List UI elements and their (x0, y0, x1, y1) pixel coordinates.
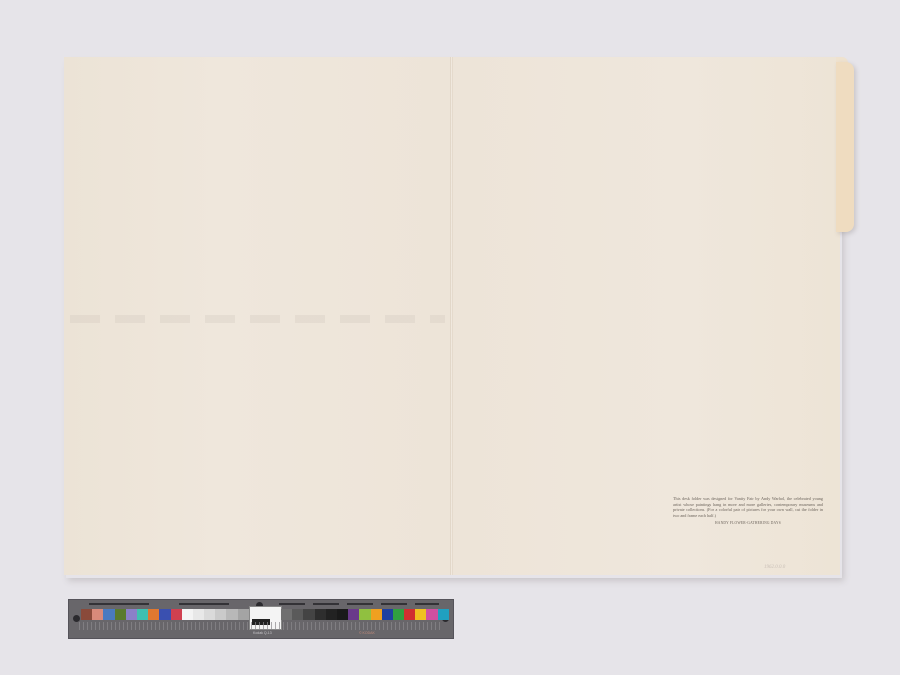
color-swatch (303, 609, 314, 620)
color-swatch (115, 609, 126, 620)
color-swatch (137, 609, 148, 620)
color-swatch (426, 609, 437, 620)
color-swatch (281, 609, 292, 620)
show-through-marks (70, 315, 445, 323)
swatch-row-left (81, 609, 249, 620)
photo-stage: This desk folder was designed for Vanity… (0, 0, 900, 675)
chart-bar (279, 603, 439, 605)
color-swatch (404, 609, 415, 620)
color-swatch (415, 609, 426, 620)
color-swatch (215, 609, 226, 620)
caption-credit: HANDY FLOWER-GATHERING DAYS (673, 521, 823, 527)
color-swatch (92, 609, 103, 620)
color-swatch (238, 609, 249, 620)
color-swatch (292, 609, 303, 620)
chart-label-right: © KODAK (359, 631, 375, 635)
caption-text: This desk folder was designed for Vanity… (673, 496, 823, 518)
color-swatch (371, 609, 382, 620)
color-swatch (171, 609, 182, 620)
color-swatch (337, 609, 348, 620)
color-swatch (159, 609, 170, 620)
color-swatch (148, 609, 159, 620)
color-swatch (315, 609, 326, 620)
chart-ticks (79, 622, 443, 630)
chart-bar (89, 603, 149, 605)
color-swatch (226, 609, 237, 620)
color-swatch (204, 609, 215, 620)
chart-hole-left (73, 615, 80, 622)
color-swatch (81, 609, 92, 620)
chart-bar (179, 603, 229, 605)
color-swatch (326, 609, 337, 620)
color-swatch (359, 609, 370, 620)
color-swatch (393, 609, 404, 620)
pencil-annotation: 1962.0.0.0 (764, 565, 785, 570)
color-swatch (182, 609, 193, 620)
folder-center-fold (450, 57, 453, 575)
folder-tab (836, 62, 854, 232)
color-swatch (126, 609, 137, 620)
color-swatch (193, 609, 204, 620)
color-swatch (103, 609, 114, 620)
color-swatch (382, 609, 393, 620)
color-calibration-chart: Kodak Q-13 © KODAK (68, 599, 454, 639)
chart-label-center: Kodak Q-13 (253, 631, 272, 635)
folder-caption: This desk folder was designed for Vanity… (673, 496, 823, 527)
swatch-row-right (281, 609, 449, 620)
color-swatch (438, 609, 449, 620)
color-swatch (348, 609, 359, 620)
